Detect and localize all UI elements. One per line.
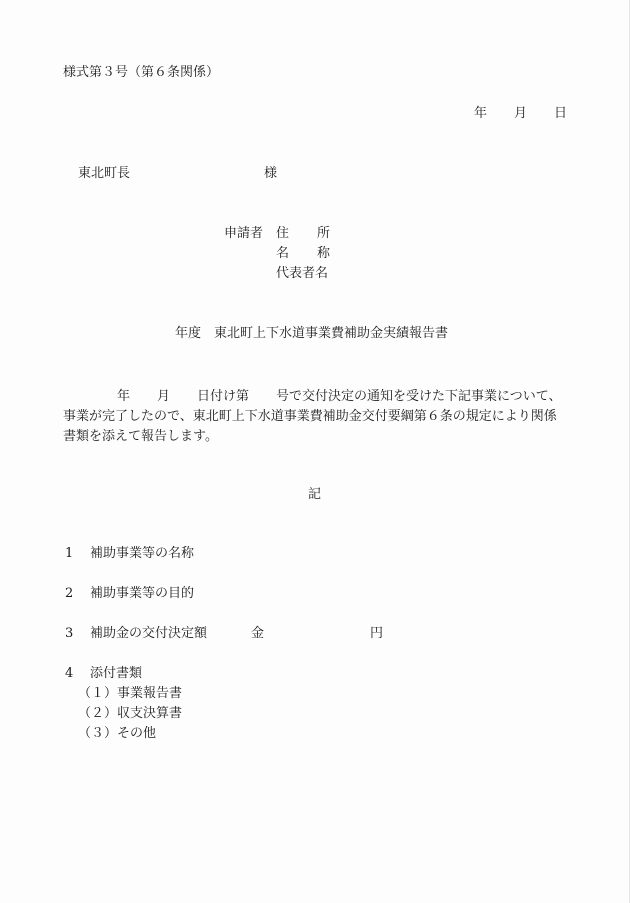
document-page: 様式第３号（第６条関係） 年月日 東北町長 様 申請者 住所 名称 代表者名 年…	[0, 0, 630, 903]
addressee: 東北町長 様	[78, 167, 130, 180]
attachment-2: （２）収支決算書	[78, 707, 182, 720]
amount-suffix: 円	[370, 627, 383, 640]
body-line-3: 書類を添えて報告します。	[63, 427, 583, 447]
body-line-2: 事業が完了したので、東北町上下水道事業費補助金交付要綱第６条の規定により関係	[63, 407, 583, 427]
applicant-address-label: 住所	[276, 227, 330, 240]
applicant-name-label: 名称	[276, 247, 330, 260]
attachment-1: （１）事業報告書	[78, 687, 182, 700]
date-month: 月	[514, 107, 527, 120]
addressee-honorific: 様	[264, 167, 277, 180]
body-line-1: 年月日付け第号で交付決定の通知を受けた下記事業について、	[63, 387, 583, 407]
ki-heading: 記	[308, 488, 321, 501]
applicant-label: 申請者	[224, 227, 263, 240]
attachment-3: （３）その他	[78, 727, 156, 740]
date-line: 年月日	[474, 107, 567, 120]
date-day: 日	[554, 107, 567, 120]
applicant-representative-label: 代表者名	[276, 267, 328, 280]
item-3: 3補助金の交付決定額 金 円	[65, 627, 207, 640]
date-year: 年	[474, 107, 487, 120]
addressee-name: 東北町長	[78, 166, 130, 181]
form-number: 様式第３号（第６条関係）	[63, 66, 219, 79]
item-4: 4添付書類	[65, 667, 142, 680]
item-2: 2補助事業等の目的	[65, 587, 194, 600]
amount-prefix: 金	[251, 627, 264, 640]
body-paragraph: 年月日付け第号で交付決定の通知を受けた下記事業について、 事業が完了したので、東…	[63, 387, 583, 447]
document-title: 年度 東北町上下水道事業費補助金実績報告書	[175, 327, 448, 340]
item-1: 1補助事業等の名称	[65, 547, 194, 560]
